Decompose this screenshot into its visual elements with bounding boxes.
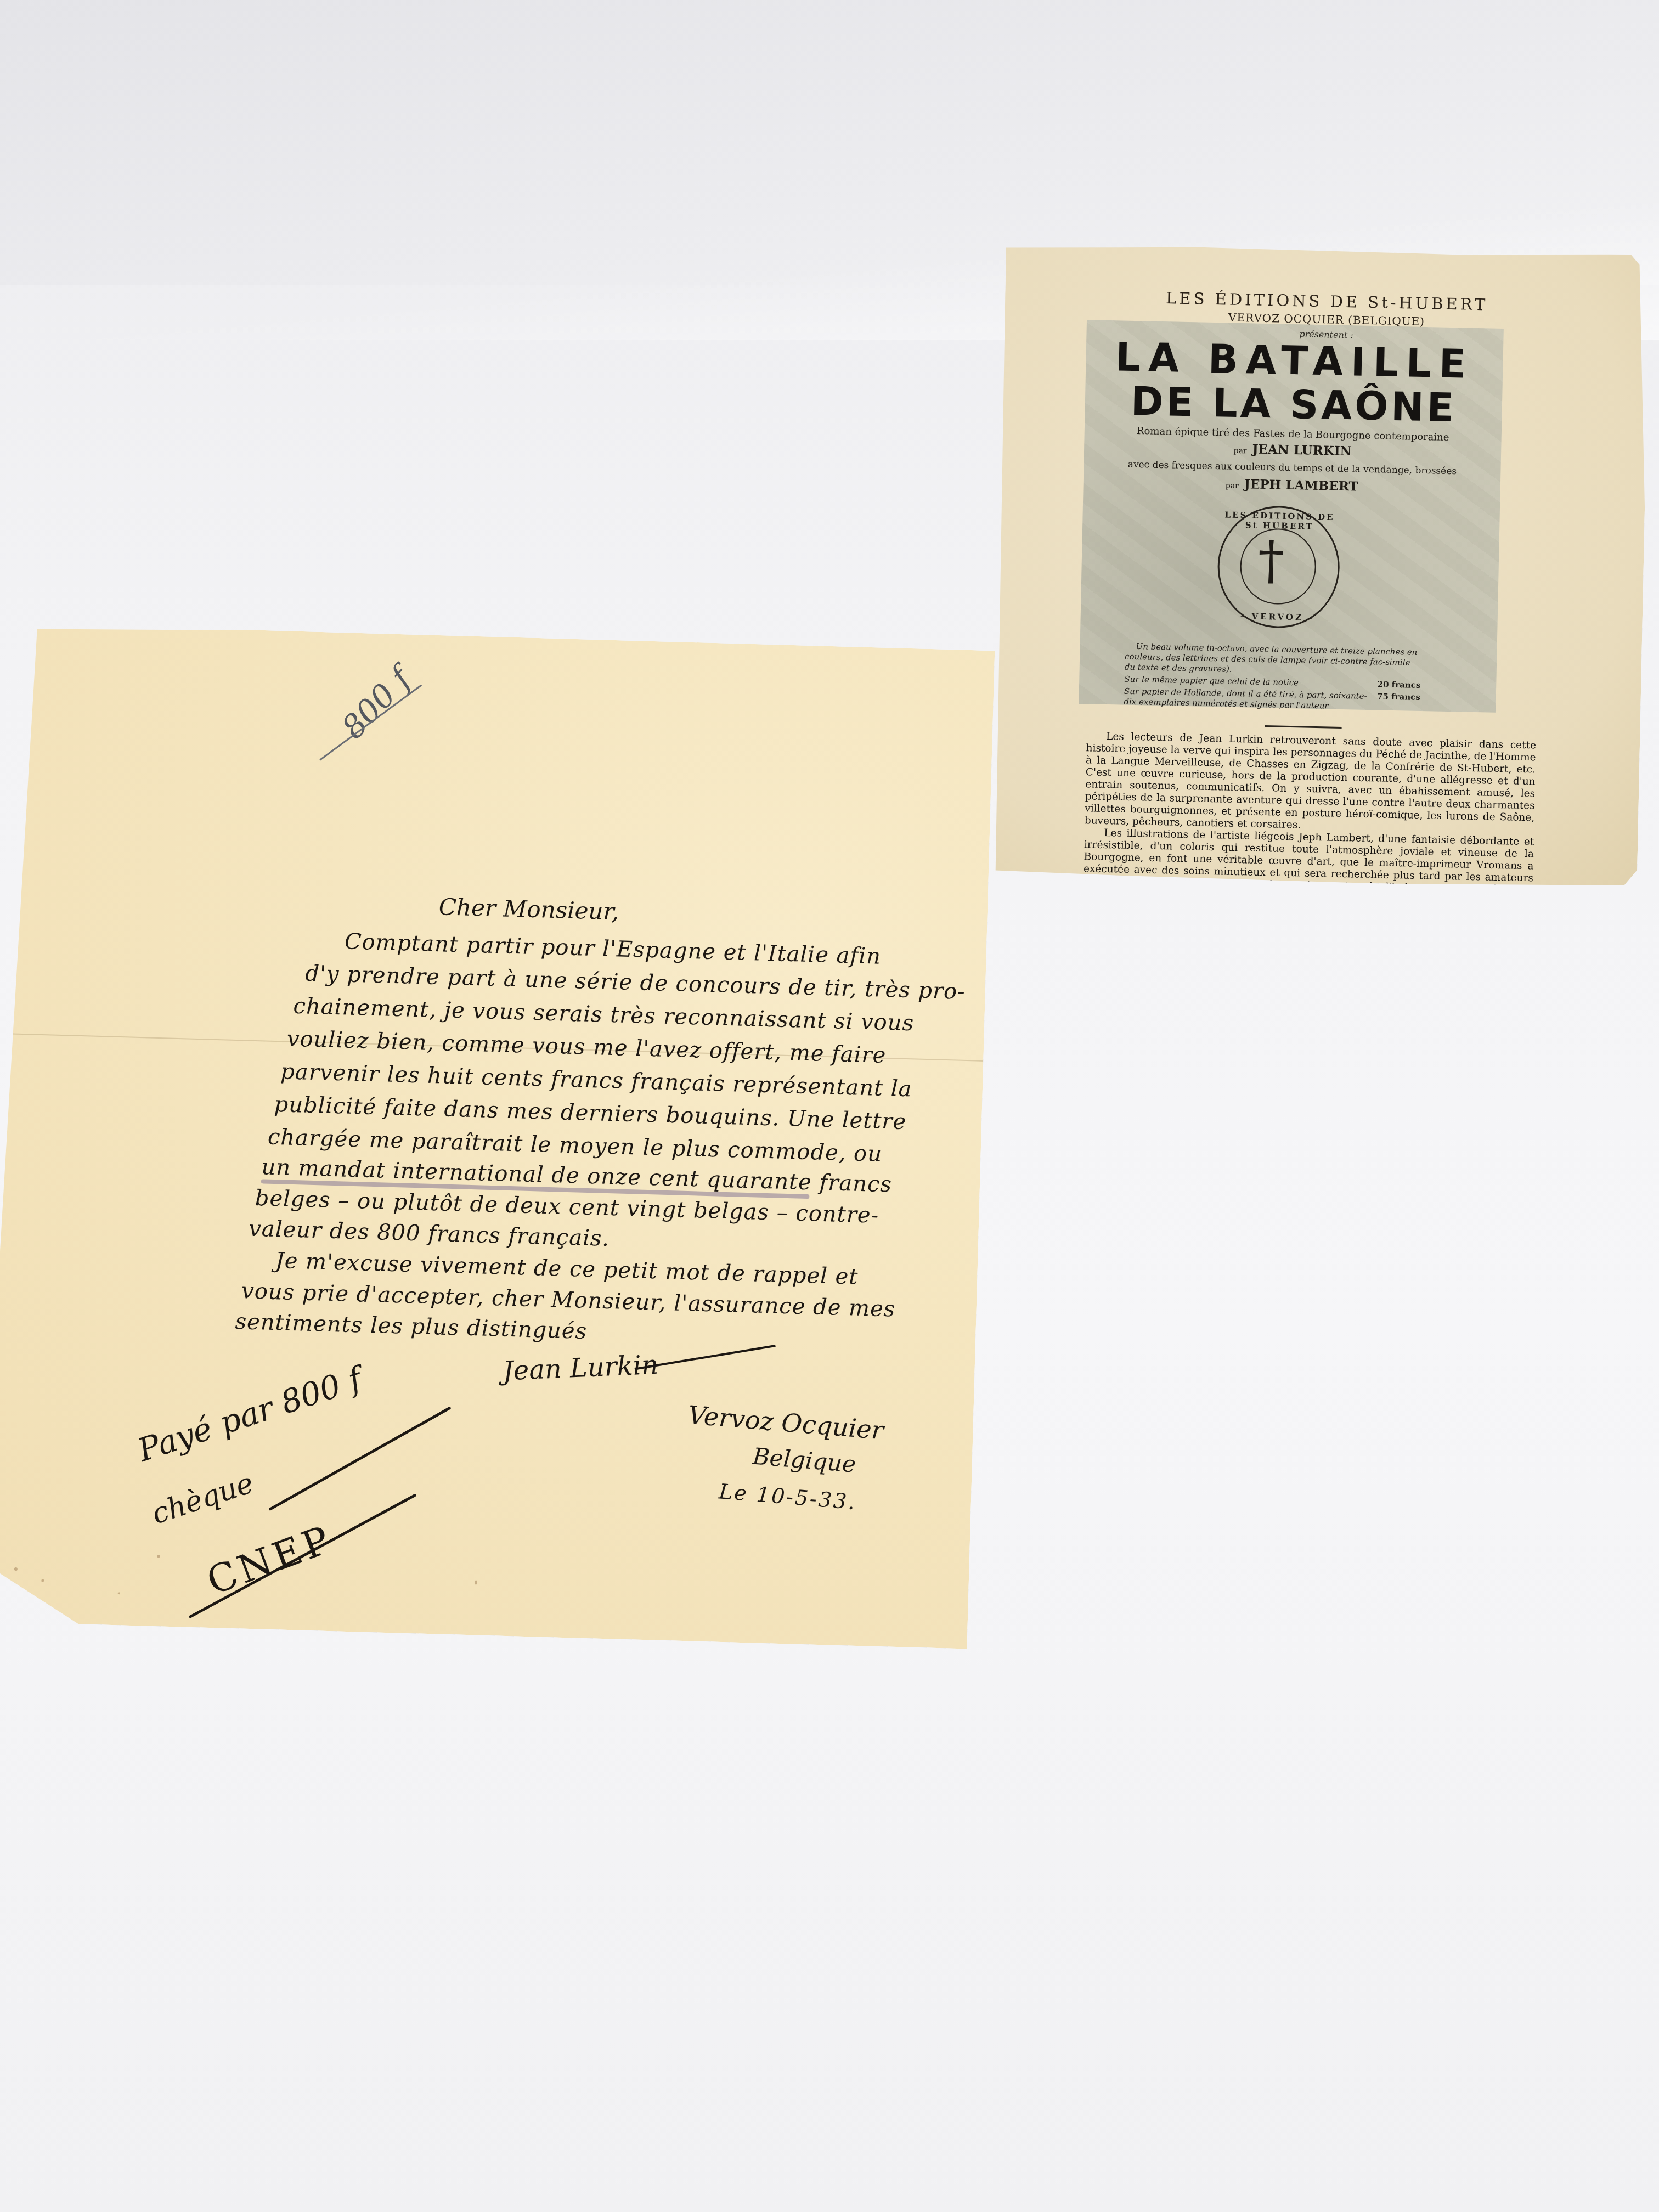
sender-place: Vervoz Ocquier — [687, 1400, 884, 1445]
letter-date: Le 10-5-33. — [718, 1479, 857, 1514]
illustrator-name: JEPH LAMBERT — [1244, 477, 1358, 494]
edition-price: 75 francs — [1377, 691, 1420, 713]
book-title-line-1: LA BATAILLE — [1080, 336, 1509, 385]
prospectus-sheet: LES ÉDITIONS DE St-HUBERT VERVOZ OCQUIER… — [993, 241, 1650, 889]
handwritten-letter: 800 f Cher Monsieur, Comptant partir pou… — [0, 623, 995, 1649]
edition-row: Sur papier de Hollande, dont il a été ti… — [1124, 686, 1420, 713]
letter-line: sentiments les plus distingués — [235, 1309, 588, 1344]
by-label: par — [1226, 481, 1239, 490]
sender-country: Belgique — [752, 1443, 857, 1478]
payment-note-line-3: CNEP — [201, 1516, 338, 1604]
divider — [1265, 725, 1342, 729]
letter-line: Comptant partir pour l'Espagne et l'Ital… — [344, 929, 881, 969]
body-paragraph: Les lecteurs de Jean Lurkin retrouveront… — [1085, 730, 1537, 836]
letter-greeting: Cher Monsieur, — [438, 893, 619, 925]
book-title-line-2: DE LA SAÔNE — [1079, 380, 1508, 428]
by-label: par — [1233, 447, 1246, 455]
body-paragraph: Les illustrations de l'artiste liégeois … — [1083, 827, 1534, 909]
payment-underline — [268, 1406, 452, 1511]
payment-note-line-1: Payé par 800 f — [133, 1360, 366, 1469]
edition-price: 20 francs — [1377, 679, 1420, 691]
letter-line: valeur des 800 francs français. — [249, 1216, 610, 1251]
foxing-spot — [157, 1555, 160, 1558]
foxing-spot — [14, 1567, 18, 1571]
offer-text: Un beau volume in-octavo, avec la couver… — [1125, 641, 1421, 679]
payment-note-line-2: chèque — [148, 1466, 257, 1531]
foxing-spot — [118, 1592, 120, 1594]
foxing-spot — [41, 1579, 44, 1582]
pencil-amount-note: 800 f — [334, 661, 418, 746]
author-name: JEAN LURKIN — [1252, 442, 1352, 459]
prospectus-body: Les lecteurs de Jean Lurkin retrouveront… — [1083, 730, 1536, 909]
edition-label: Sur le même papier que celui de la notic… — [1124, 674, 1299, 689]
foxing-spot — [475, 1580, 477, 1584]
offer-block: Un beau volume in-octavo, avec la couver… — [1124, 641, 1421, 713]
edition-label: Sur papier de Hollande, dont il a été ti… — [1124, 686, 1377, 713]
stag-head-with-cross-icon: † — [1257, 534, 1285, 587]
